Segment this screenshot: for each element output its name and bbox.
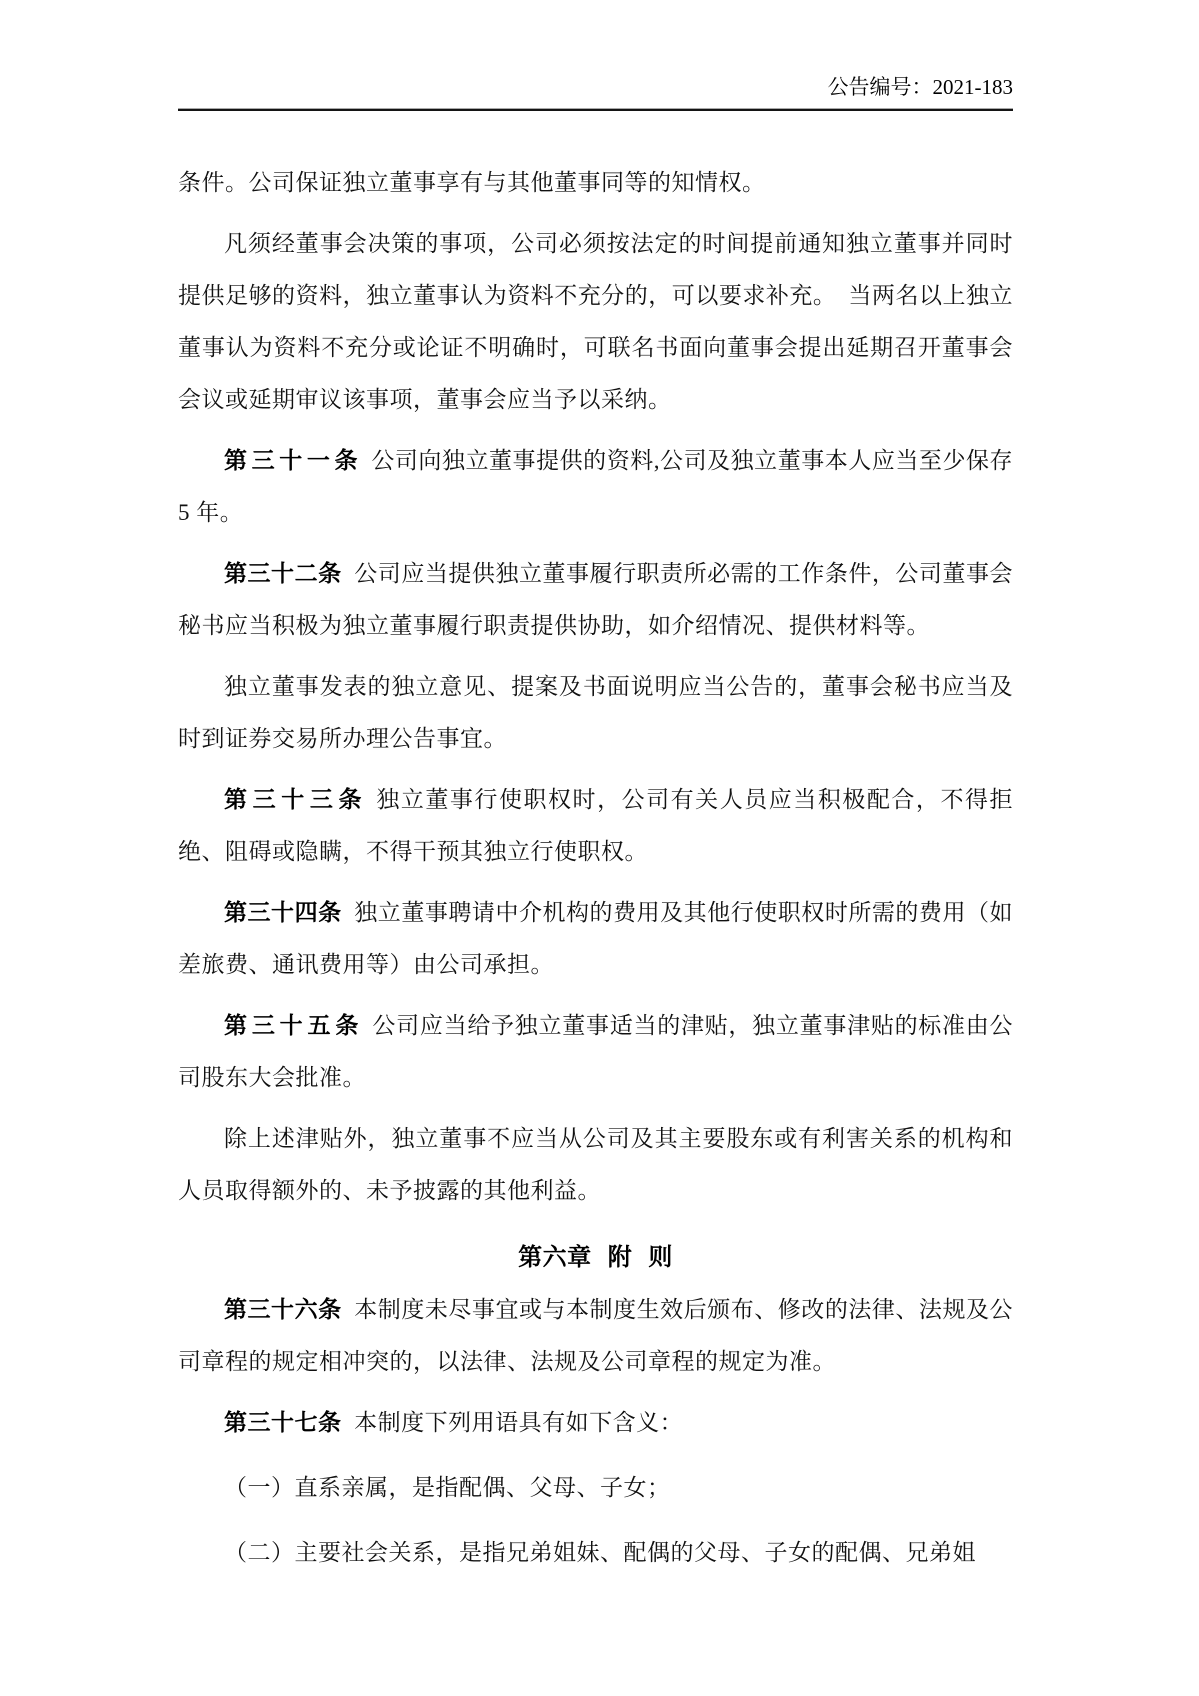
- article-37-paragraph: 第三十七条本制度下列用语具有如下含义：: [178, 1397, 1013, 1449]
- article-36-paragraph: 第三十六条本制度未尽事宜或与本制度生效后颁布、修改的法律、法规及公司章程的规定相…: [178, 1284, 1013, 1388]
- header-divider: [178, 108, 1013, 111]
- paragraph-text: （一）直系亲属，是指配偶、父母、子女；: [224, 1475, 671, 1500]
- paragraph-independent-opinion: 独立董事发表的独立意见、提案及书面说明应当公告的，董事会秘书应当及时到证券交易所…: [178, 661, 1013, 765]
- announcement-number: 公告编号：2021-183: [828, 75, 1014, 99]
- article-35-paragraph: 第三十五条公司应当给予独立董事适当的津贴，独立董事津贴的标准由公司股东大会批准。: [178, 1000, 1013, 1104]
- paragraph-text: 条件。公司保证独立董事享有与其他董事同等的知情权。: [178, 170, 766, 195]
- article-35-label: 第三十五条: [224, 1013, 363, 1038]
- document-page: 公告编号：2021-183 条件。公司保证独立董事享有与其他董事同等的知情权。 …: [0, 0, 1199, 1696]
- paragraph-allowance-restriction: 除上述津贴外，独立董事不应当从公司及其主要股东或有利害关系的机构和人员取得额外的…: [178, 1113, 1013, 1217]
- article-32-paragraph: 第三十二条公司应当提供独立董事履行职责所必需的工作条件，公司董事会秘书应当积极为…: [178, 548, 1013, 652]
- article-34-label: 第三十四条: [224, 900, 342, 925]
- article-36-label: 第三十六条: [224, 1297, 342, 1322]
- definition-item-1: （一）直系亲属，是指配偶、父母、子女；: [178, 1462, 1013, 1514]
- document-body: 条件。公司保证独立董事享有与其他董事同等的知情权。 凡须经董事会决策的事项，公司…: [178, 157, 1013, 1579]
- paragraph-board-notice: 凡须经董事会决策的事项，公司必须按法定的时间提前通知独立董事并同时提供足够的资料…: [178, 218, 1013, 426]
- chapter-heading: 第六章 附 则: [178, 1232, 1013, 1284]
- article-31-paragraph: 第三十一条公司向独立董事提供的资料,公司及独立董事本人应当至少保存 5 年。: [178, 435, 1013, 539]
- article-33-label: 第三十三条: [224, 787, 367, 812]
- paragraph-text: 除上述津贴外，独立董事不应当从公司及其主要股东或有利害关系的机构和人员取得额外的…: [178, 1126, 1013, 1203]
- paragraph-text: 凡须经董事会决策的事项，公司必须按法定的时间提前通知独立董事并同时提供足够的资料…: [178, 231, 1013, 412]
- paragraph-continuation: 条件。公司保证独立董事享有与其他董事同等的知情权。: [178, 157, 1013, 209]
- definition-item-2: （二）主要社会关系，是指兄弟姐妹、配偶的父母、子女的配偶、兄弟姐: [178, 1527, 1013, 1579]
- paragraph-text: 独立董事发表的独立意见、提案及书面说明应当公告的，董事会秘书应当及时到证券交易所…: [178, 674, 1013, 751]
- article-37-label: 第三十七条: [224, 1410, 342, 1435]
- paragraph-text: 本制度下列用语具有如下含义：: [354, 1410, 683, 1435]
- article-34-paragraph: 第三十四条独立董事聘请中介机构的费用及其他行使职权时所需的费用（如差旅费、通讯费…: [178, 887, 1013, 991]
- article-31-label: 第三十一条: [224, 448, 362, 473]
- paragraph-text: （二）主要社会关系，是指兄弟姐妹、配偶的父母、子女的配偶、兄弟姐: [224, 1540, 976, 1565]
- article-32-label: 第三十二条: [224, 561, 342, 586]
- article-33-paragraph: 第三十三条独立董事行使职权时，公司有关人员应当积极配合，不得拒绝、阻碍或隐瞒，不…: [178, 774, 1013, 878]
- document-header: 公告编号：2021-183: [178, 74, 1013, 100]
